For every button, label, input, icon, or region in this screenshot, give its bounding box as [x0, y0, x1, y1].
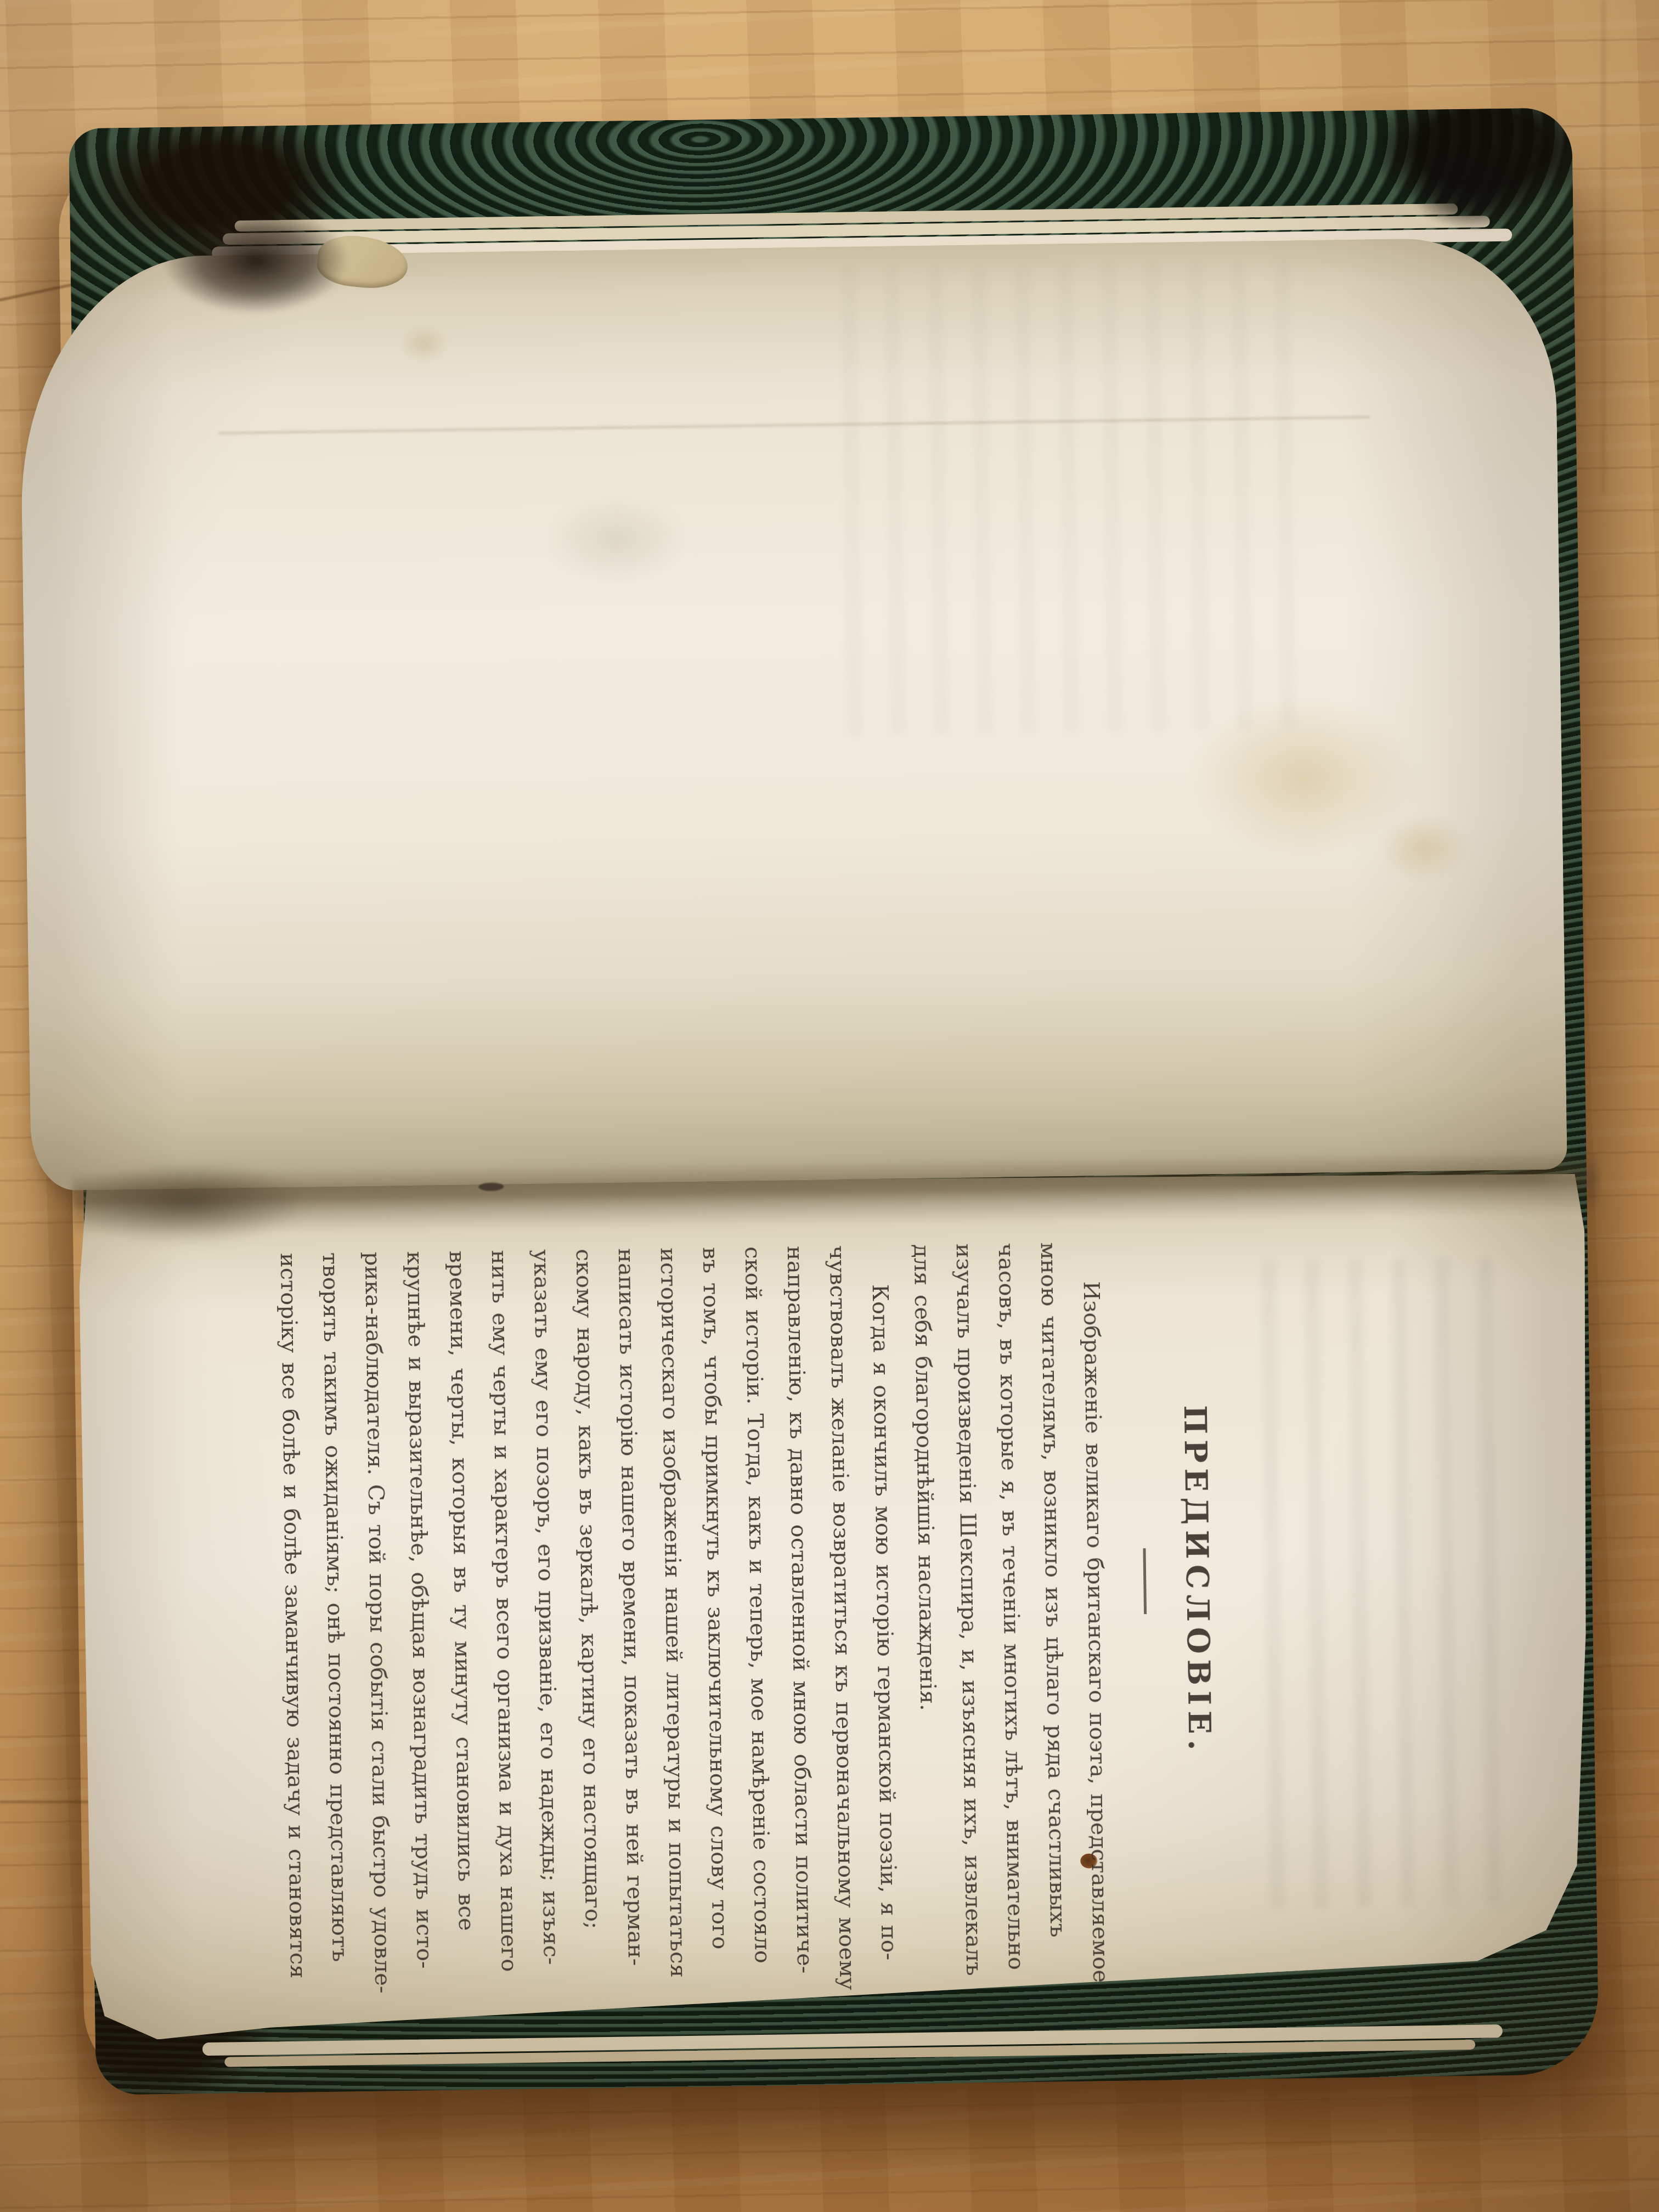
plank-seam — [0, 1801, 91, 1803]
title-divider — [1143, 1548, 1147, 1614]
page-text-block: ПРЕДИСЛОВІЕ. Изображеніе великаго британ… — [246, 1240, 1221, 1933]
book: ПРЕДИСЛОВІЕ. Изображеніе великаго британ… — [69, 108, 1599, 2095]
ghost-showthrough-text — [1261, 1258, 1506, 1909]
wood-grain-streak — [1602, 0, 1605, 494]
preface-page: ПРЕДИСЛОВІЕ. Изображеніе великаго британ… — [78, 1164, 1596, 2040]
blank-verso-page — [18, 237, 1567, 1191]
cover-corner-wear — [1408, 144, 1543, 231]
ghost-showthrough-text — [842, 262, 1314, 735]
book-photo: ПРЕДИСЛОВІЕ. Изображеніе великаго британ… — [0, 0, 1659, 2212]
page-stain — [1379, 814, 1470, 883]
page-crease — [218, 416, 1370, 434]
page-stain — [543, 493, 690, 586]
preface-title: ПРЕДИСЛОВІЕ. — [1173, 1240, 1221, 1921]
page-stain — [398, 324, 450, 364]
text-lines: Изображеніе великаго британскаго поэта, … — [267, 1242, 1121, 1933]
cover-corner-wear — [162, 206, 350, 315]
